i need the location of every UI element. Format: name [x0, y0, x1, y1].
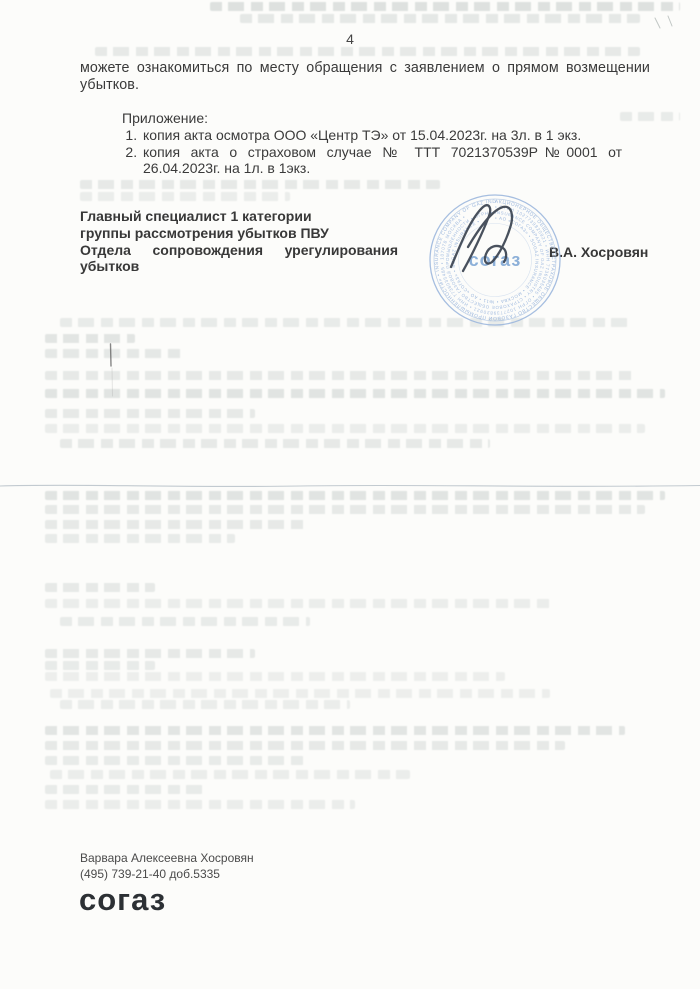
ghost-text-line — [80, 180, 440, 189]
attachments-list: копия акта осмотра ООО «Центр ТЭ» от 15.… — [122, 127, 622, 176]
attachments-title: Приложение: — [122, 110, 622, 126]
attachment-item: копия акта о страховом случае № ТТТ 7021… — [141, 144, 622, 177]
ghost-text-line — [45, 389, 665, 398]
ghost-text-line — [45, 785, 205, 794]
ghost-text-line — [45, 349, 185, 358]
contact-phone: (495) 739-21-40 доб.5335 — [80, 866, 254, 882]
scanned-letter-page: 4 можете ознакомиться по месту обращения… — [0, 0, 700, 989]
ghost-text-line — [45, 741, 565, 750]
attachment-item: копия акта осмотра ООО «Центр ТЭ» от 15.… — [141, 127, 622, 143]
ghost-text-line — [45, 491, 665, 500]
signatory-position-block: Главный специалист 1 категории группы ра… — [80, 208, 398, 275]
ghost-text-line — [50, 770, 410, 779]
attachments-section: Приложение: копия акта осмотра ООО «Цент… — [122, 110, 622, 177]
ghost-text-line — [45, 334, 135, 343]
ghost-text-line — [45, 649, 255, 658]
ghost-text-line — [95, 47, 640, 56]
company-seal-stamp: АКЦИОНЕРНОЕ ОБЩЕСТВО «СТРАХОВОЕ ОБЩЕСТВО… — [427, 192, 563, 328]
position-line: Главный специалист 1 категории — [80, 208, 398, 225]
ghost-text-line — [620, 112, 680, 121]
body-paragraph: можете ознакомиться по месту обращения с… — [80, 60, 650, 93]
ghost-text-line — [45, 505, 645, 514]
ghost-text-line — [45, 371, 635, 380]
signer-name: В.А. Хосровян — [549, 244, 648, 260]
ghost-text-line — [45, 661, 155, 670]
ghost-text-line — [45, 756, 305, 765]
ghost-text-line — [60, 700, 350, 709]
ghost-text-line — [45, 520, 305, 529]
ghost-text-line — [240, 14, 640, 23]
position-line: убытков — [80, 258, 398, 275]
ghost-text-line — [60, 439, 490, 448]
sogaz-logo: согаз — [79, 882, 166, 918]
ghost-text-line — [60, 617, 310, 626]
footer-contact-block: Варвара Алексеевна Хосровян (495) 739-21… — [80, 850, 254, 882]
page-number: 4 — [0, 31, 700, 47]
ghost-text-line — [210, 2, 680, 11]
ghost-text-line — [45, 409, 255, 418]
position-line: Отдела сопровождения урегулирования — [80, 242, 398, 259]
seal-center-logo-text: согаз — [469, 250, 522, 270]
ghost-text-line — [45, 583, 155, 592]
position-line: группы рассмотрения убытков ПВУ — [80, 225, 398, 242]
ghost-text-line — [50, 689, 550, 698]
ghost-text-line — [45, 726, 625, 735]
ghost-text-line — [45, 534, 235, 543]
ghost-text-line — [45, 424, 645, 433]
contact-name: Варвара Алексеевна Хосровян — [80, 850, 254, 866]
ghost-text-line — [45, 672, 505, 681]
ghost-text-line — [45, 800, 355, 809]
fold-crease-line — [0, 485, 700, 486]
ghost-text-line — [80, 192, 290, 201]
ghost-text-line — [45, 599, 555, 608]
